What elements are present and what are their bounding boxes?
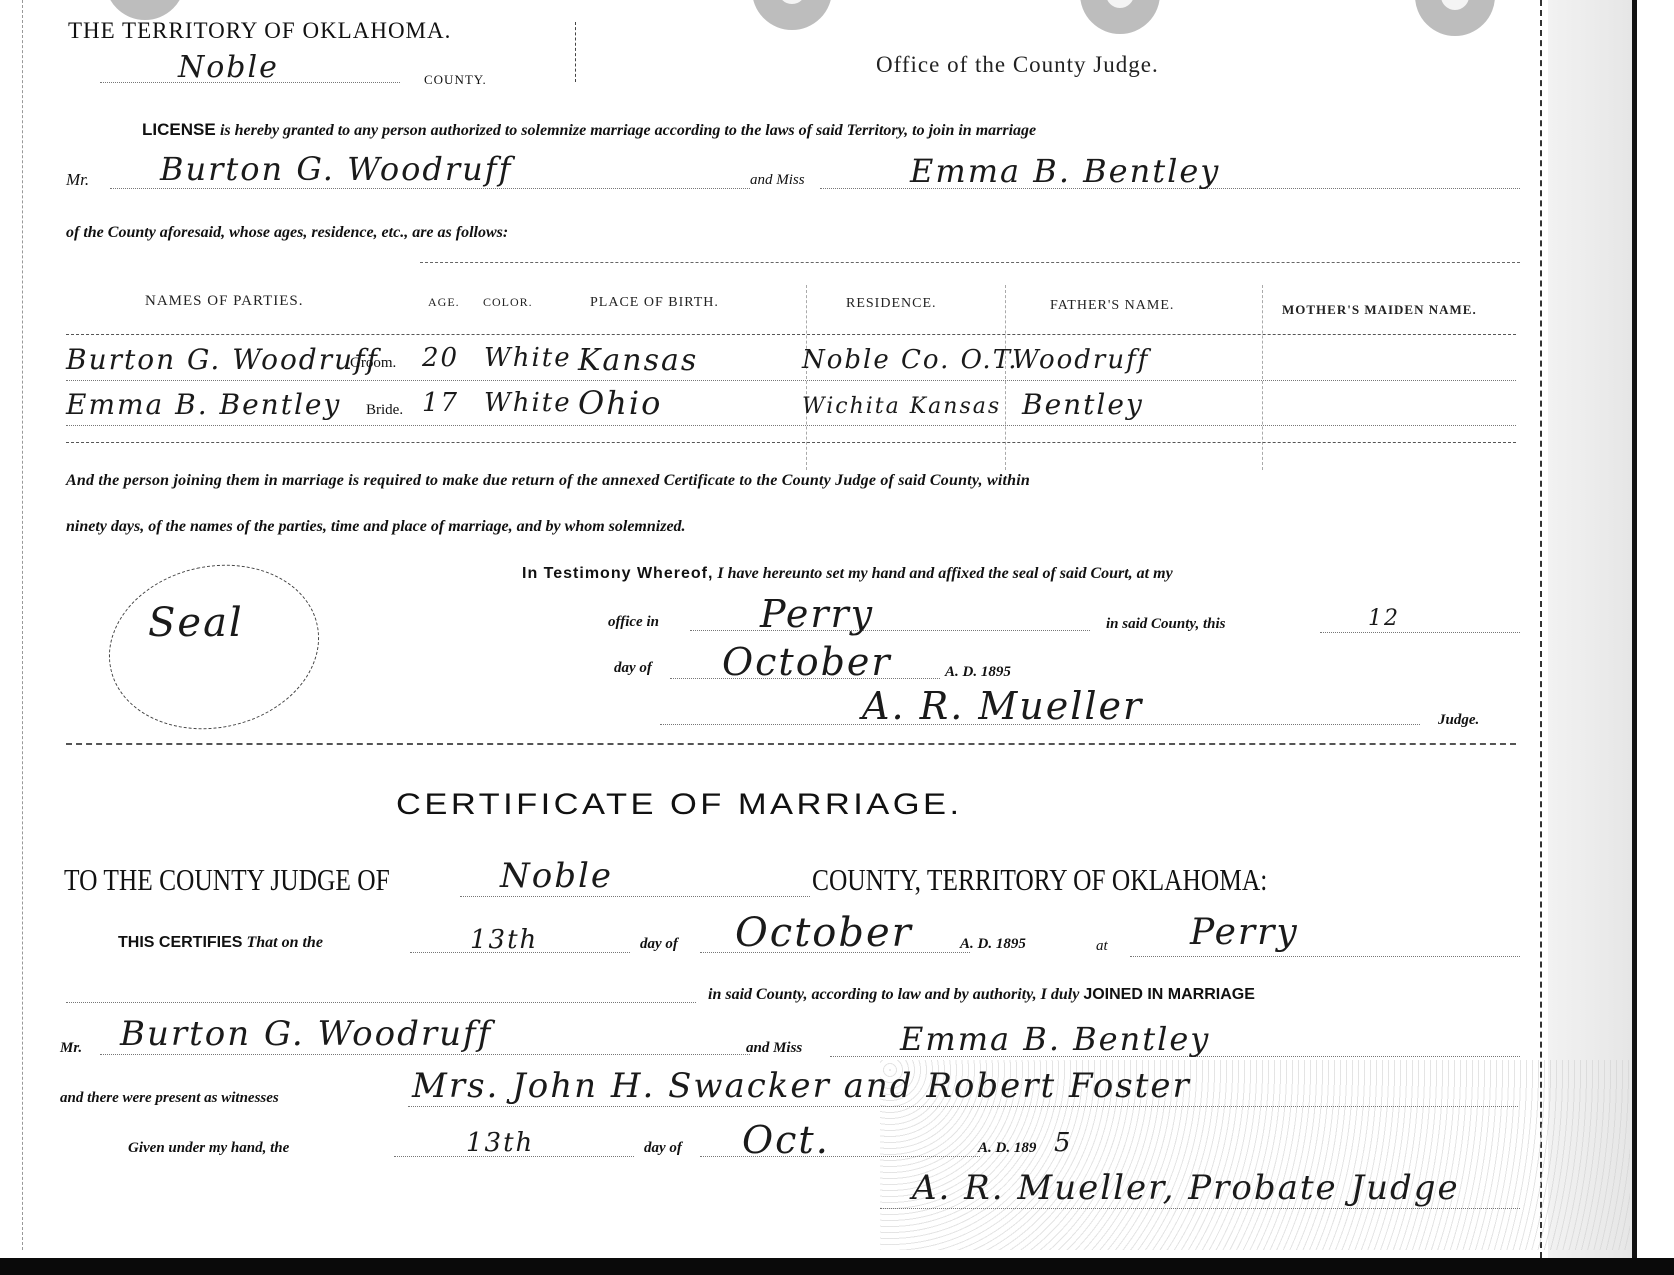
party-name: Emma B. Bentley bbox=[66, 388, 341, 421]
table-bottom-rule bbox=[66, 442, 1516, 443]
certifies-text: That on the bbox=[246, 934, 322, 951]
cert-county-value: Noble bbox=[500, 856, 613, 896]
witnesses-label: and there were present as witnesses bbox=[60, 1090, 279, 1107]
given-label: Given under my hand, the bbox=[128, 1140, 289, 1157]
county-field-line bbox=[100, 82, 400, 83]
county-label: COUNTY. bbox=[424, 72, 487, 88]
party-birthplace: Kansas bbox=[578, 343, 698, 378]
col-header-age: AGE. bbox=[428, 295, 460, 310]
joined-line: in said County, according to law and by … bbox=[708, 986, 1255, 1004]
testimony-ad-year: A. D. 1895 bbox=[945, 664, 1011, 681]
cert-place-field-line bbox=[1130, 956, 1520, 957]
page-bottom-border bbox=[0, 1258, 1674, 1275]
given-day-value: 13th bbox=[466, 1128, 534, 1158]
cert-at-label: at bbox=[1096, 938, 1108, 955]
given-ad-label: A. D. 189 bbox=[978, 1140, 1036, 1157]
section-separator bbox=[66, 743, 1516, 745]
seal-text: Seal bbox=[148, 600, 244, 646]
given-month-value: Oct. bbox=[742, 1118, 830, 1162]
groom-name-handwritten: Burton G. Woodruff bbox=[160, 150, 512, 188]
county-handwritten: Noble bbox=[178, 50, 279, 85]
testimony-month-value: October bbox=[722, 640, 892, 684]
cert-miss-label: and Miss bbox=[746, 1040, 802, 1057]
mr-label: Mr. bbox=[66, 170, 89, 190]
county-aforesaid-line: of the County aforesaid, whose ages, res… bbox=[66, 224, 508, 242]
party-age: 20 bbox=[422, 343, 459, 373]
grommet-icon bbox=[105, 0, 185, 20]
party-name: Burton G. Woodruff bbox=[66, 343, 379, 376]
cert-judge-signature: A. R. Mueller, Probate Judge bbox=[912, 1168, 1460, 1208]
testimony-text: I have hereunto set my hand and affixed … bbox=[717, 565, 1172, 582]
table-row: Burton G. Woodruff Groom. 20 White Kansa… bbox=[66, 343, 1516, 379]
cert-groom-field-line bbox=[100, 1054, 750, 1055]
grommet-icon bbox=[1415, 0, 1495, 36]
in-said-county-label: in said County, this bbox=[1106, 616, 1226, 633]
cert-month-value: October bbox=[735, 910, 913, 956]
col-header-residence: RESIDENCE. bbox=[846, 296, 937, 312]
grommet-icon bbox=[1080, 0, 1160, 34]
certificate-title: CERTIFICATE OF MARRIAGE. bbox=[396, 788, 962, 822]
col-header-father: FATHER'S NAME. bbox=[1050, 298, 1174, 314]
bride-name-handwritten: Emma B. Bentley bbox=[910, 152, 1220, 190]
given-day-of-label: day of bbox=[644, 1140, 682, 1157]
party-color: White bbox=[484, 388, 572, 418]
cert-place-value: Perry bbox=[1190, 912, 1299, 953]
party-residence: Wichita Kansas bbox=[802, 394, 1001, 419]
party-birthplace: Ohio bbox=[578, 384, 662, 422]
party-father: Bentley bbox=[1022, 388, 1144, 421]
testimony-day-value: 12 bbox=[1368, 606, 1400, 631]
row-line bbox=[66, 425, 1516, 426]
cert-groom-name: Burton G. Woodruff bbox=[120, 1014, 492, 1054]
party-role: Bride. bbox=[366, 402, 403, 419]
to-judge-suffix: COUNTY, TERRITORY OF OKLAHOMA: bbox=[812, 862, 1267, 898]
witnesses-value: Mrs. John H. Swacker and Robert Foster bbox=[412, 1066, 1191, 1106]
certifies-line: THIS CERTIFIES That on the bbox=[118, 934, 323, 952]
party-color: White bbox=[484, 343, 572, 373]
table-row: Emma B. Bentley Bride. 17 White Ohio Wic… bbox=[66, 388, 1516, 424]
left-margin-marks bbox=[22, 0, 23, 1250]
cert-day-of-label: day of bbox=[640, 936, 678, 953]
page-right-border bbox=[1632, 0, 1637, 1258]
office-title: Office of the County Judge. bbox=[876, 52, 1159, 78]
office-in-field-line bbox=[690, 630, 1090, 631]
col-header-names: NAMES OF PARTIES. bbox=[145, 293, 304, 310]
joined-text: in said County, according to law and by … bbox=[708, 986, 1079, 1003]
groom-field-line bbox=[110, 188, 750, 189]
miss-label: and Miss bbox=[750, 172, 805, 189]
witnesses-field-line bbox=[408, 1106, 1518, 1107]
party-father: Woodruff bbox=[1012, 345, 1149, 375]
col-header-mother: MOTHER'S MAIDEN NAME. bbox=[1282, 302, 1477, 318]
row-line bbox=[66, 380, 1516, 381]
cert-mr-label: Mr. bbox=[60, 1040, 82, 1057]
testimony-intro: In Testimony Whereof, bbox=[522, 565, 713, 582]
office-in-value: Perry bbox=[760, 592, 874, 636]
table-header-rule bbox=[66, 334, 1516, 335]
certifies-label: THIS CERTIFIES bbox=[118, 934, 242, 951]
cert-day-value: 13th bbox=[470, 925, 538, 955]
cert-signature-line bbox=[880, 1208, 1520, 1209]
license-preamble: LICENSE is hereby granted to any person … bbox=[142, 120, 1036, 140]
day-of-label: day of bbox=[614, 660, 652, 677]
judge-label: Judge. bbox=[1438, 712, 1479, 729]
party-role: Groom. bbox=[350, 355, 396, 372]
court-seal bbox=[93, 546, 334, 749]
judge-signature: A. R. Mueller bbox=[862, 684, 1143, 728]
given-year-digit: 5 bbox=[1054, 1128, 1073, 1158]
testimony-line: In Testimony Whereof, I have hereunto se… bbox=[522, 565, 1173, 583]
office-in-label: office in bbox=[608, 614, 659, 631]
license-text: is hereby granted to any person authoriz… bbox=[220, 122, 1036, 139]
col-header-place-of-birth: PLACE OF BIRTH. bbox=[590, 295, 719, 311]
joined-label: JOINED IN MARRIAGE bbox=[1083, 986, 1255, 1003]
cert-place-continuation-line bbox=[66, 1002, 696, 1003]
return-notice-line2: ninety days, of the names of the parties… bbox=[66, 518, 686, 536]
license-label: LICENSE bbox=[142, 120, 216, 139]
table-top-rule bbox=[420, 262, 1520, 263]
party-age: 17 bbox=[422, 388, 459, 418]
cert-county-field-line bbox=[460, 896, 810, 897]
return-notice-line1: And the person joining them in marriage … bbox=[66, 472, 1030, 490]
cert-bride-name: Emma B. Bentley bbox=[900, 1020, 1210, 1058]
marriage-document: THE TERRITORY OF OKLAHOMA. Noble COUNTY.… bbox=[0, 0, 1674, 1275]
grommet-icon bbox=[752, 0, 832, 30]
territory-title: THE TERRITORY OF OKLAHOMA. bbox=[68, 18, 451, 44]
to-judge-label: TO THE COUNTY JUDGE OF bbox=[64, 862, 390, 898]
day-field-line bbox=[1320, 632, 1520, 633]
cert-ad-year: A. D. 1895 bbox=[960, 936, 1026, 953]
bracket-mark bbox=[575, 22, 576, 82]
party-residence: Noble Co. O.T. bbox=[802, 345, 1018, 375]
col-header-color: COLOR. bbox=[483, 295, 533, 310]
